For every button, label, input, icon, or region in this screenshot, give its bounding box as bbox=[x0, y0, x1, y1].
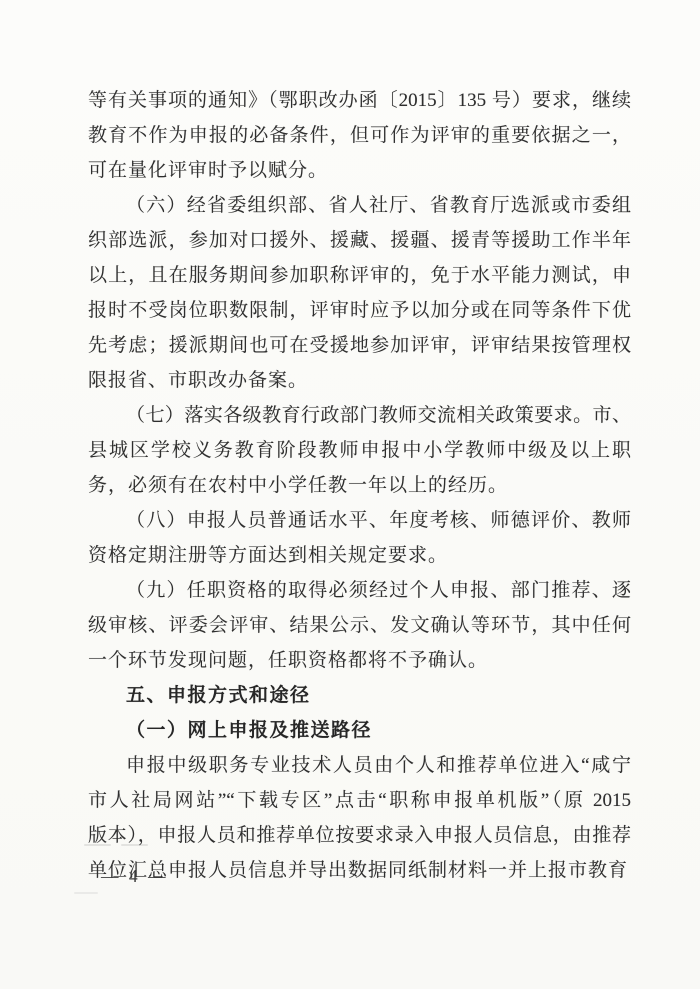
text-paragraph: （七）落实各级教育行政部门教师交流相关政策要求。市、县城区学校义务教育阶段教师申… bbox=[88, 398, 631, 503]
text-line: 限报省、市职改办备案。 bbox=[88, 363, 631, 398]
text-line: 县城区学校义务教育阶段教师申报中小学教师中级及以上职 bbox=[88, 433, 631, 468]
text-line: 级审核、评委会评审、结果公示、发文确认等环节，其中任何 bbox=[88, 608, 631, 643]
text-line: 资格定期注册等方面达到相关规定要求。 bbox=[88, 538, 631, 573]
section-heading: （一）网上申报及推送路径 bbox=[88, 713, 631, 748]
text-paragraph: 申报中级职务专业技术人员由个人和推荐单位进入“咸宁市人社局网站”“下载专区”点击… bbox=[88, 748, 631, 888]
text-line: 可在量化评审时予以赋分。 bbox=[88, 153, 631, 188]
text-paragraph: 等有关事项的通知》（鄂职改办函〔2015〕135 号）要求，继续教育不作为申报的… bbox=[88, 83, 631, 188]
section-heading: 五、申报方式和途径 bbox=[88, 678, 631, 713]
text-line: 市人社局网站”“下载专区”点击“职称申报单机版”（原 2015 bbox=[88, 783, 631, 818]
text-line: （八）申报人员普通话水平、年度考核、师德评价、教师 bbox=[88, 503, 631, 538]
text-line: （七）落实各级教育行政部门教师交流相关政策要求。市、 bbox=[88, 398, 631, 433]
text-block: 等有关事项的通知》（鄂职改办函〔2015〕135 号）要求，继续教育不作为申报的… bbox=[88, 83, 631, 888]
text-line: （九）任职资格的取得必须经过个人申报、部门推荐、逐 bbox=[88, 573, 631, 608]
text-line: （一）网上申报及推送路径 bbox=[88, 713, 631, 748]
text-paragraph: （八）申报人员普通话水平、年度考核、师德评价、教师资格定期注册等方面达到相关规定… bbox=[88, 503, 631, 573]
text-line: 以上，且在服务期间参加职称评审的，免于水平能力测试，申 bbox=[88, 258, 631, 293]
text-line: （六）经省委组织部、省人社厅、省教育厅选派或市委组 bbox=[88, 188, 631, 223]
document-page: 等有关事项的通知》（鄂职改办函〔2015〕135 号）要求，继续教育不作为申报的… bbox=[0, 0, 700, 989]
scan-artifact bbox=[74, 892, 98, 894]
text-line: 申报中级职务专业技术人员由个人和推荐单位进入“咸宁 bbox=[88, 748, 631, 783]
text-line: 单位汇总申报人员信息并导出数据同纸制材料一并上报市教育 bbox=[88, 853, 631, 888]
text-line: 织部选派，参加对口援外、援藏、援疆、援青等援助工作半年 bbox=[88, 223, 631, 258]
text-paragraph: （六）经省委组织部、省人社厅、省教育厅选派或市委组织部选派，参加对口援外、援藏、… bbox=[88, 188, 631, 398]
text-line: 报时不受岗位职数限制，评审时应予以加分或在同等条件下优 bbox=[88, 293, 631, 328]
text-paragraph: （九）任职资格的取得必须经过个人申报、部门推荐、逐级审核、评委会评审、结果公示、… bbox=[88, 573, 631, 678]
text-line: 一个环节发现问题，任职资格都将不予确认。 bbox=[88, 643, 631, 678]
text-line: 等有关事项的通知》（鄂职改办函〔2015〕135 号）要求，继续 bbox=[88, 83, 631, 118]
text-line: 务，必须有在农村中小学任教一年以上的经历。 bbox=[88, 468, 631, 503]
text-line: 教育不作为申报的必备条件，但可作为评审的重要依据之一， bbox=[88, 118, 631, 153]
scan-artifact bbox=[121, 844, 148, 846]
scan-artifact bbox=[84, 844, 111, 846]
text-line: 先考虑；援派期间也可在受援地参加评审，评审结果按管理权 bbox=[88, 328, 631, 363]
text-line: 版本），申报人员和推荐单位按要求录入申报人员信息，由推荐 bbox=[88, 818, 631, 853]
page-number: — 4 — bbox=[101, 861, 169, 891]
text-line: 五、申报方式和途径 bbox=[88, 678, 631, 713]
